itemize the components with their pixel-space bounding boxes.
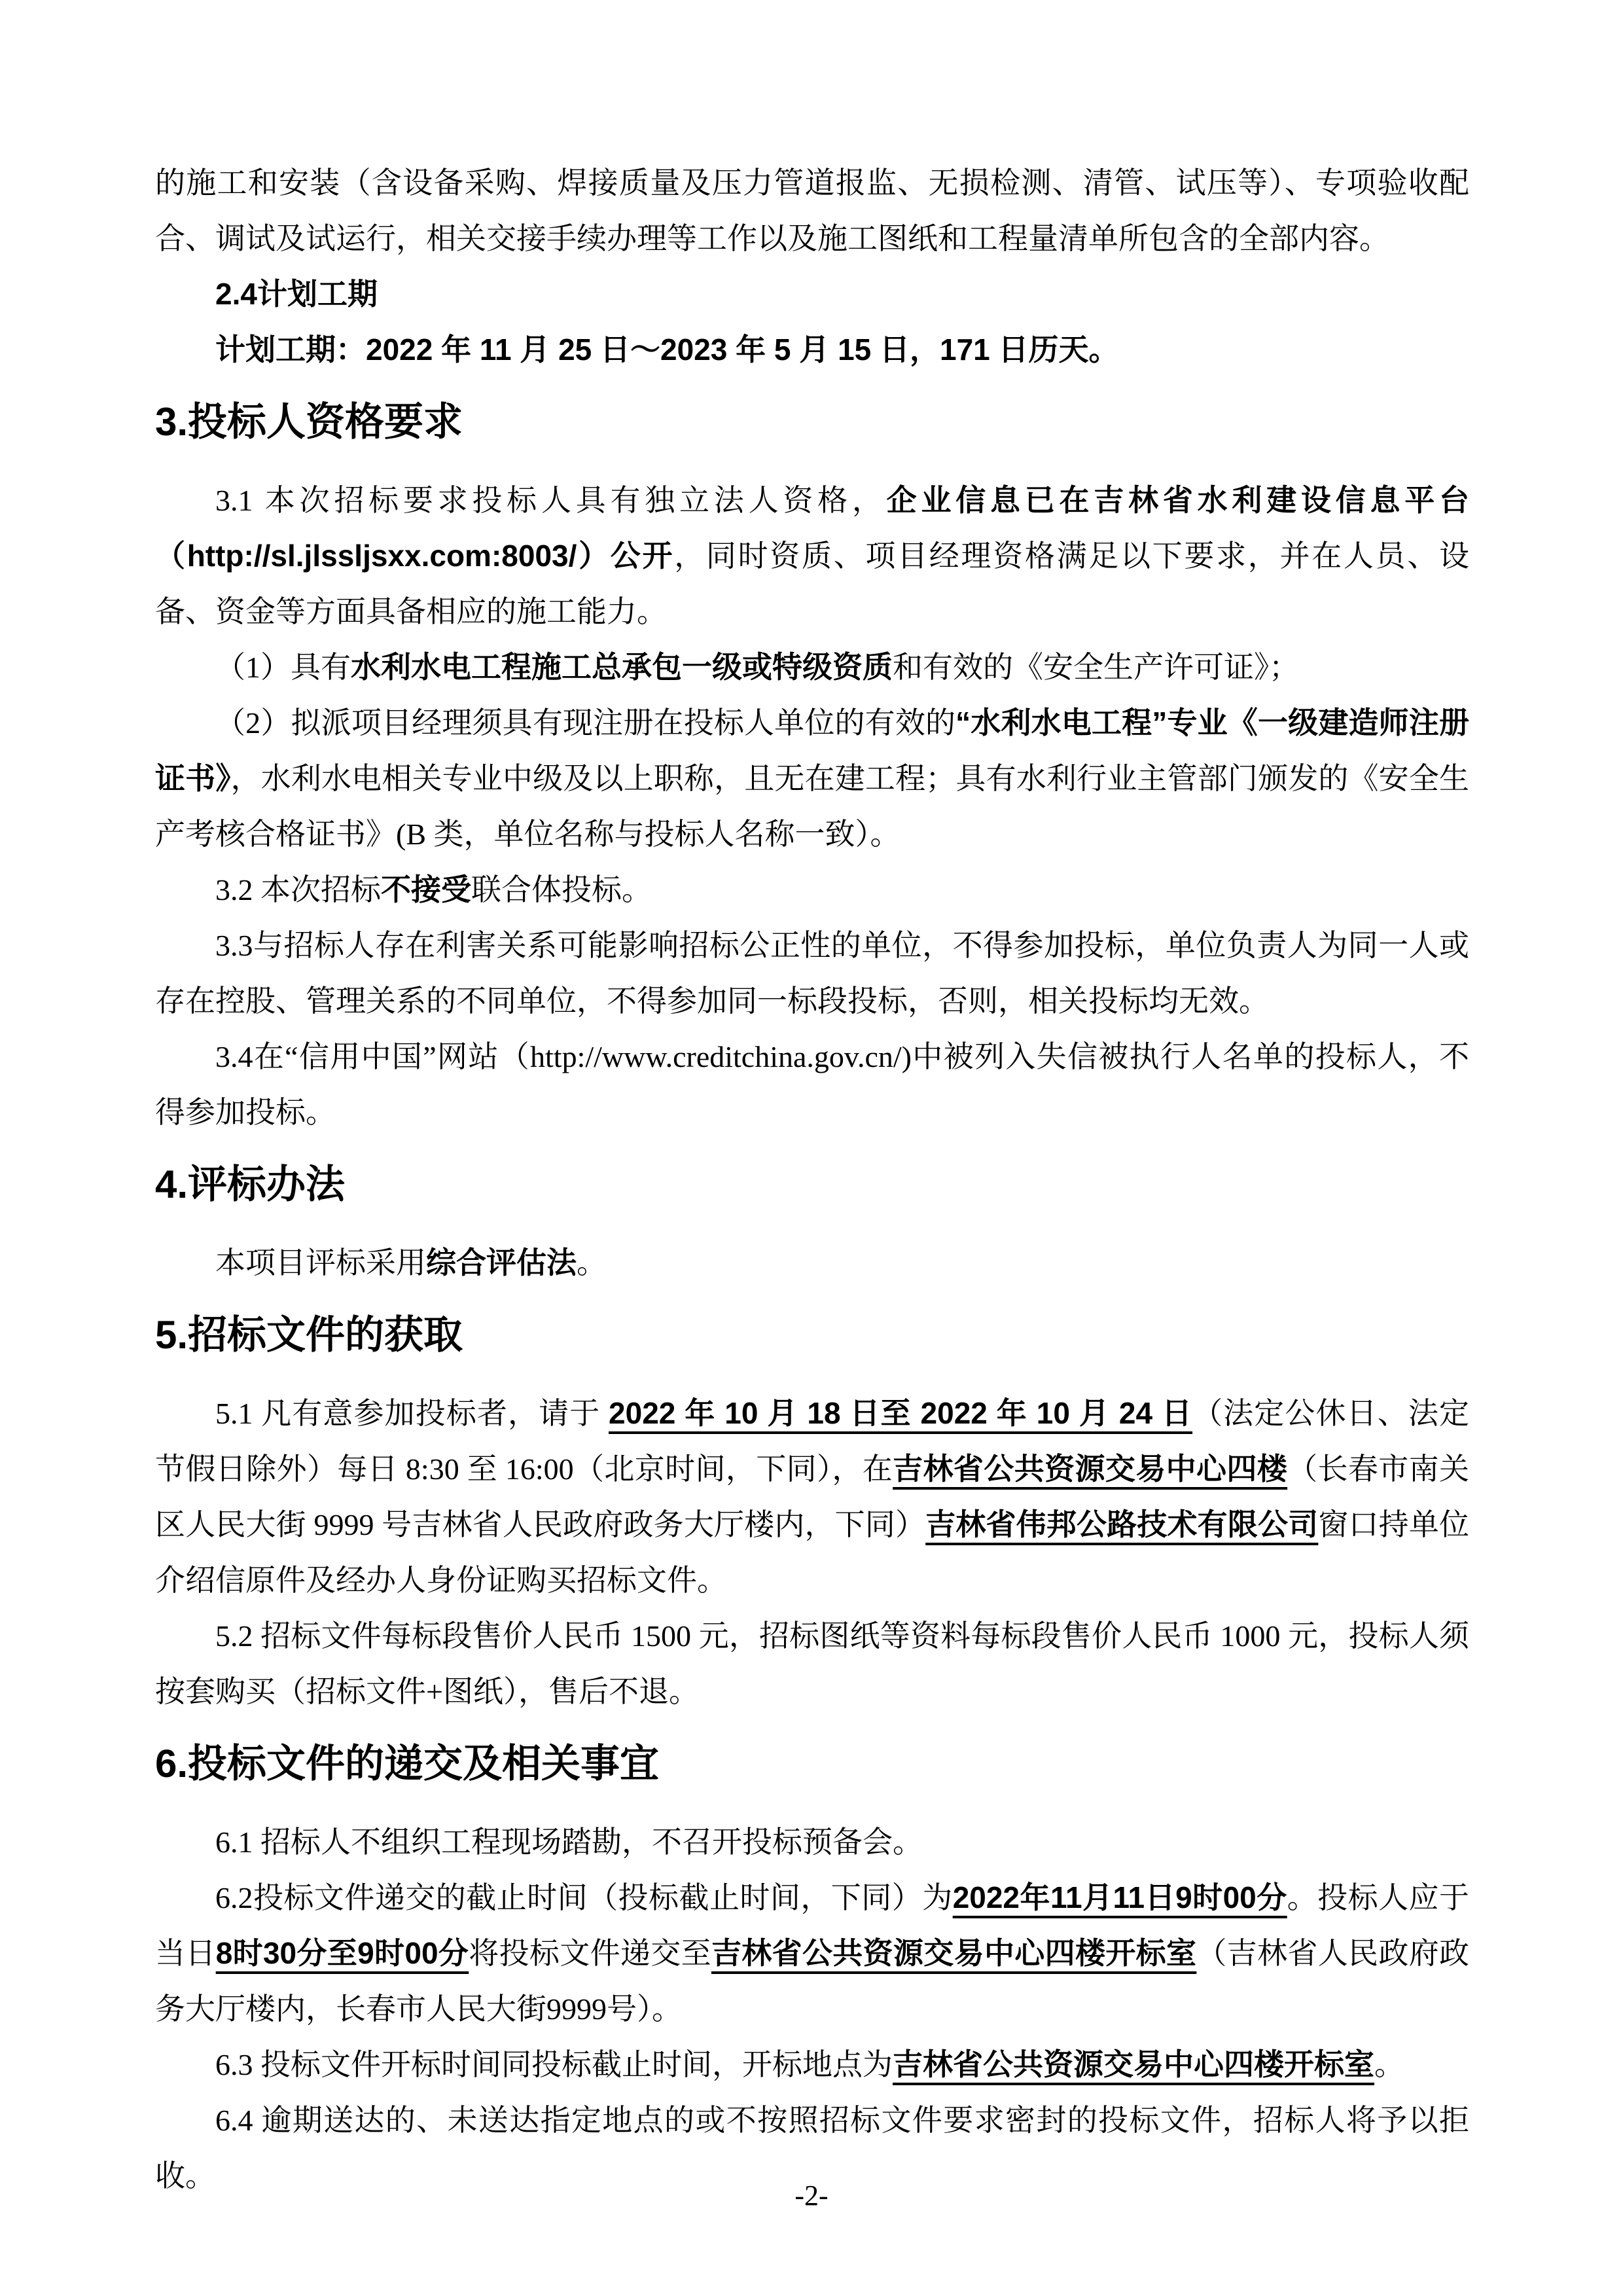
paragraph-2-4-heading: 2.4计划工期 <box>155 266 1469 322</box>
paragraph-4-body: 本项目评标采用综合评估法。 <box>155 1235 1469 1291</box>
text-run: 。 <box>577 1246 607 1280</box>
text-run-bold-underline: 2022 年 10 月 18 日至 2022 年 10 月 24 日 <box>609 1396 1192 1430</box>
text-run-bold: 不接受 <box>381 872 471 906</box>
document-page: 的施工和安装（含设备采购、焊接质量及压力管道报监、无损检测、清管、试压等）、专项… <box>0 0 1623 2296</box>
page-number: -2- <box>0 2179 1623 2212</box>
text-run: 。 <box>1374 2048 1404 2081</box>
text-run-bold-underline: 吉林省伟邦公路技术有限公司 <box>925 1507 1318 1541</box>
text-run: 3.2 本次招标 <box>215 873 381 906</box>
text-run: ，水利水电相关专业中级及以上职称，且无在建工程；具有水利行业主管部门颁发的《安全… <box>155 762 1469 851</box>
paragraph-3-2: 3.2 本次招标不接受联合体投标。 <box>155 862 1469 918</box>
text-run: 的施工和安装（含设备采购、焊接质量及压力管道报监、无损检测、清管、试压等）、专项… <box>155 166 1469 255</box>
text-run: 计划工期：2022 年 11 月 25 日～2023 年 5 月 15 日，17… <box>215 332 1119 367</box>
paragraph-5-2: 5.2 招标文件每标段售价人民币 1500 元，招标图纸等资料每标段售价人民币 … <box>155 1608 1469 1719</box>
document-content: 的施工和安装（含设备采购、焊接质量及压力管道报监、无损检测、清管、试压等）、专项… <box>155 155 1469 2204</box>
section-4-heading: 4.评标办法 <box>155 1157 1469 1212</box>
paragraph-6-2: 6.2投标文件递交的截止时间（投标截止时间，下同）为2022年11月11日9时0… <box>155 1870 1469 2037</box>
paragraph-3-1-item-1: （1）具有水利水电工程施工总承包一级或特级资质和有效的《安全生产许可证》； <box>155 639 1469 695</box>
section-3-heading: 3.投标人资格要求 <box>155 394 1469 450</box>
text-run: 和有效的《安全生产许可证》； <box>893 651 1299 684</box>
text-run-bold-underline: 吉林省公共资源交易中心四楼开标室 <box>711 1936 1196 1970</box>
text-run: 3.1 本次招标要求投标人具有独立法人资格， <box>215 484 887 517</box>
text-run-bold: 综合评估法 <box>426 1246 577 1280</box>
paragraph-3-3: 3.3与招标人存在利害关系可能影响招标公正性的单位，不得参加投标，单位负责人为同… <box>155 918 1469 1029</box>
paragraph-3-1: 3.1 本次招标要求投标人具有独立法人资格，企业信息已在吉林省水利建设信息平台（… <box>155 473 1469 639</box>
paragraph-5-1: 5.1 凡有意参加投标者，请于 2022 年 10 月 18 日至 2022 年… <box>155 1386 1469 1608</box>
text-run: 6.2投标文件递交的截止时间（投标截止时间，下同）为 <box>215 1881 953 1914</box>
text-run-bold-underline: 2022年11月11日9时00分 <box>953 1880 1287 1914</box>
text-run: 本项目评标采用 <box>215 1246 426 1280</box>
text-run-bold: 水利水电工程施工总承包一级或特级资质 <box>351 650 893 684</box>
section-6-heading: 6.投标文件的递交及相关事宜 <box>155 1736 1469 1791</box>
text-run: 5.2 招标文件每标段售价人民币 1500 元，招标图纸等资料每标段售价人民币 … <box>155 1619 1469 1708</box>
text-run: （1）具有 <box>215 651 351 684</box>
paragraph-planned-duration: 计划工期：2022 年 11 月 25 日～2023 年 5 月 15 日，17… <box>155 322 1469 378</box>
text-run-bold-underline: 吉林省公共资源交易中心四楼 <box>893 1452 1287 1486</box>
text-run: （2）拟派项目经理须具有现注册在投标人单位的有效的 <box>215 706 955 740</box>
section-5-heading: 5.招标文件的获取 <box>155 1307 1469 1363</box>
text-run: 3.3与招标人存在利害关系可能影响招标公正性的单位，不得参加投标，单位负责人为同… <box>155 929 1469 1018</box>
paragraph-6-3: 6.3 投标文件开标时间同投标截止时间，开标地点为吉林省公共资源交易中心四楼开标… <box>155 2037 1469 2092</box>
text-run: 2.4计划工期 <box>215 277 378 311</box>
paragraph-3-1-item-2: （2）拟派项目经理须具有现注册在投标人单位的有效的“水利水电工程”专业《一级建造… <box>155 695 1469 862</box>
text-run: 5.1 凡有意参加投标者，请于 <box>215 1397 609 1430</box>
text-run-bold-underline: 吉林省公共资源交易中心四楼开标室 <box>893 2047 1374 2081</box>
text-run: 6.1 招标人不组织工程现场踏勘，不召开投标预备会。 <box>215 1825 923 1859</box>
text-run: 6.3 投标文件开标时间同投标截止时间，开标地点为 <box>215 2048 893 2081</box>
text-run: 将投标文件递交至 <box>469 1937 711 1970</box>
text-run: 3.4在“信用中国”网站（http://www.creditchina.gov.… <box>155 1040 1469 1129</box>
text-run: 联合体投标。 <box>471 873 652 906</box>
text-run-bold-underline: 8时30分至9时00分 <box>216 1936 469 1970</box>
paragraph-6-1: 6.1 招标人不组织工程现场踏勘，不召开投标预备会。 <box>155 1814 1469 1870</box>
paragraph-3-4: 3.4在“信用中国”网站（http://www.creditchina.gov.… <box>155 1029 1469 1140</box>
paragraph-scope-continuation: 的施工和安装（含设备采购、焊接质量及压力管道报监、无损检测、清管、试压等）、专项… <box>155 155 1469 266</box>
